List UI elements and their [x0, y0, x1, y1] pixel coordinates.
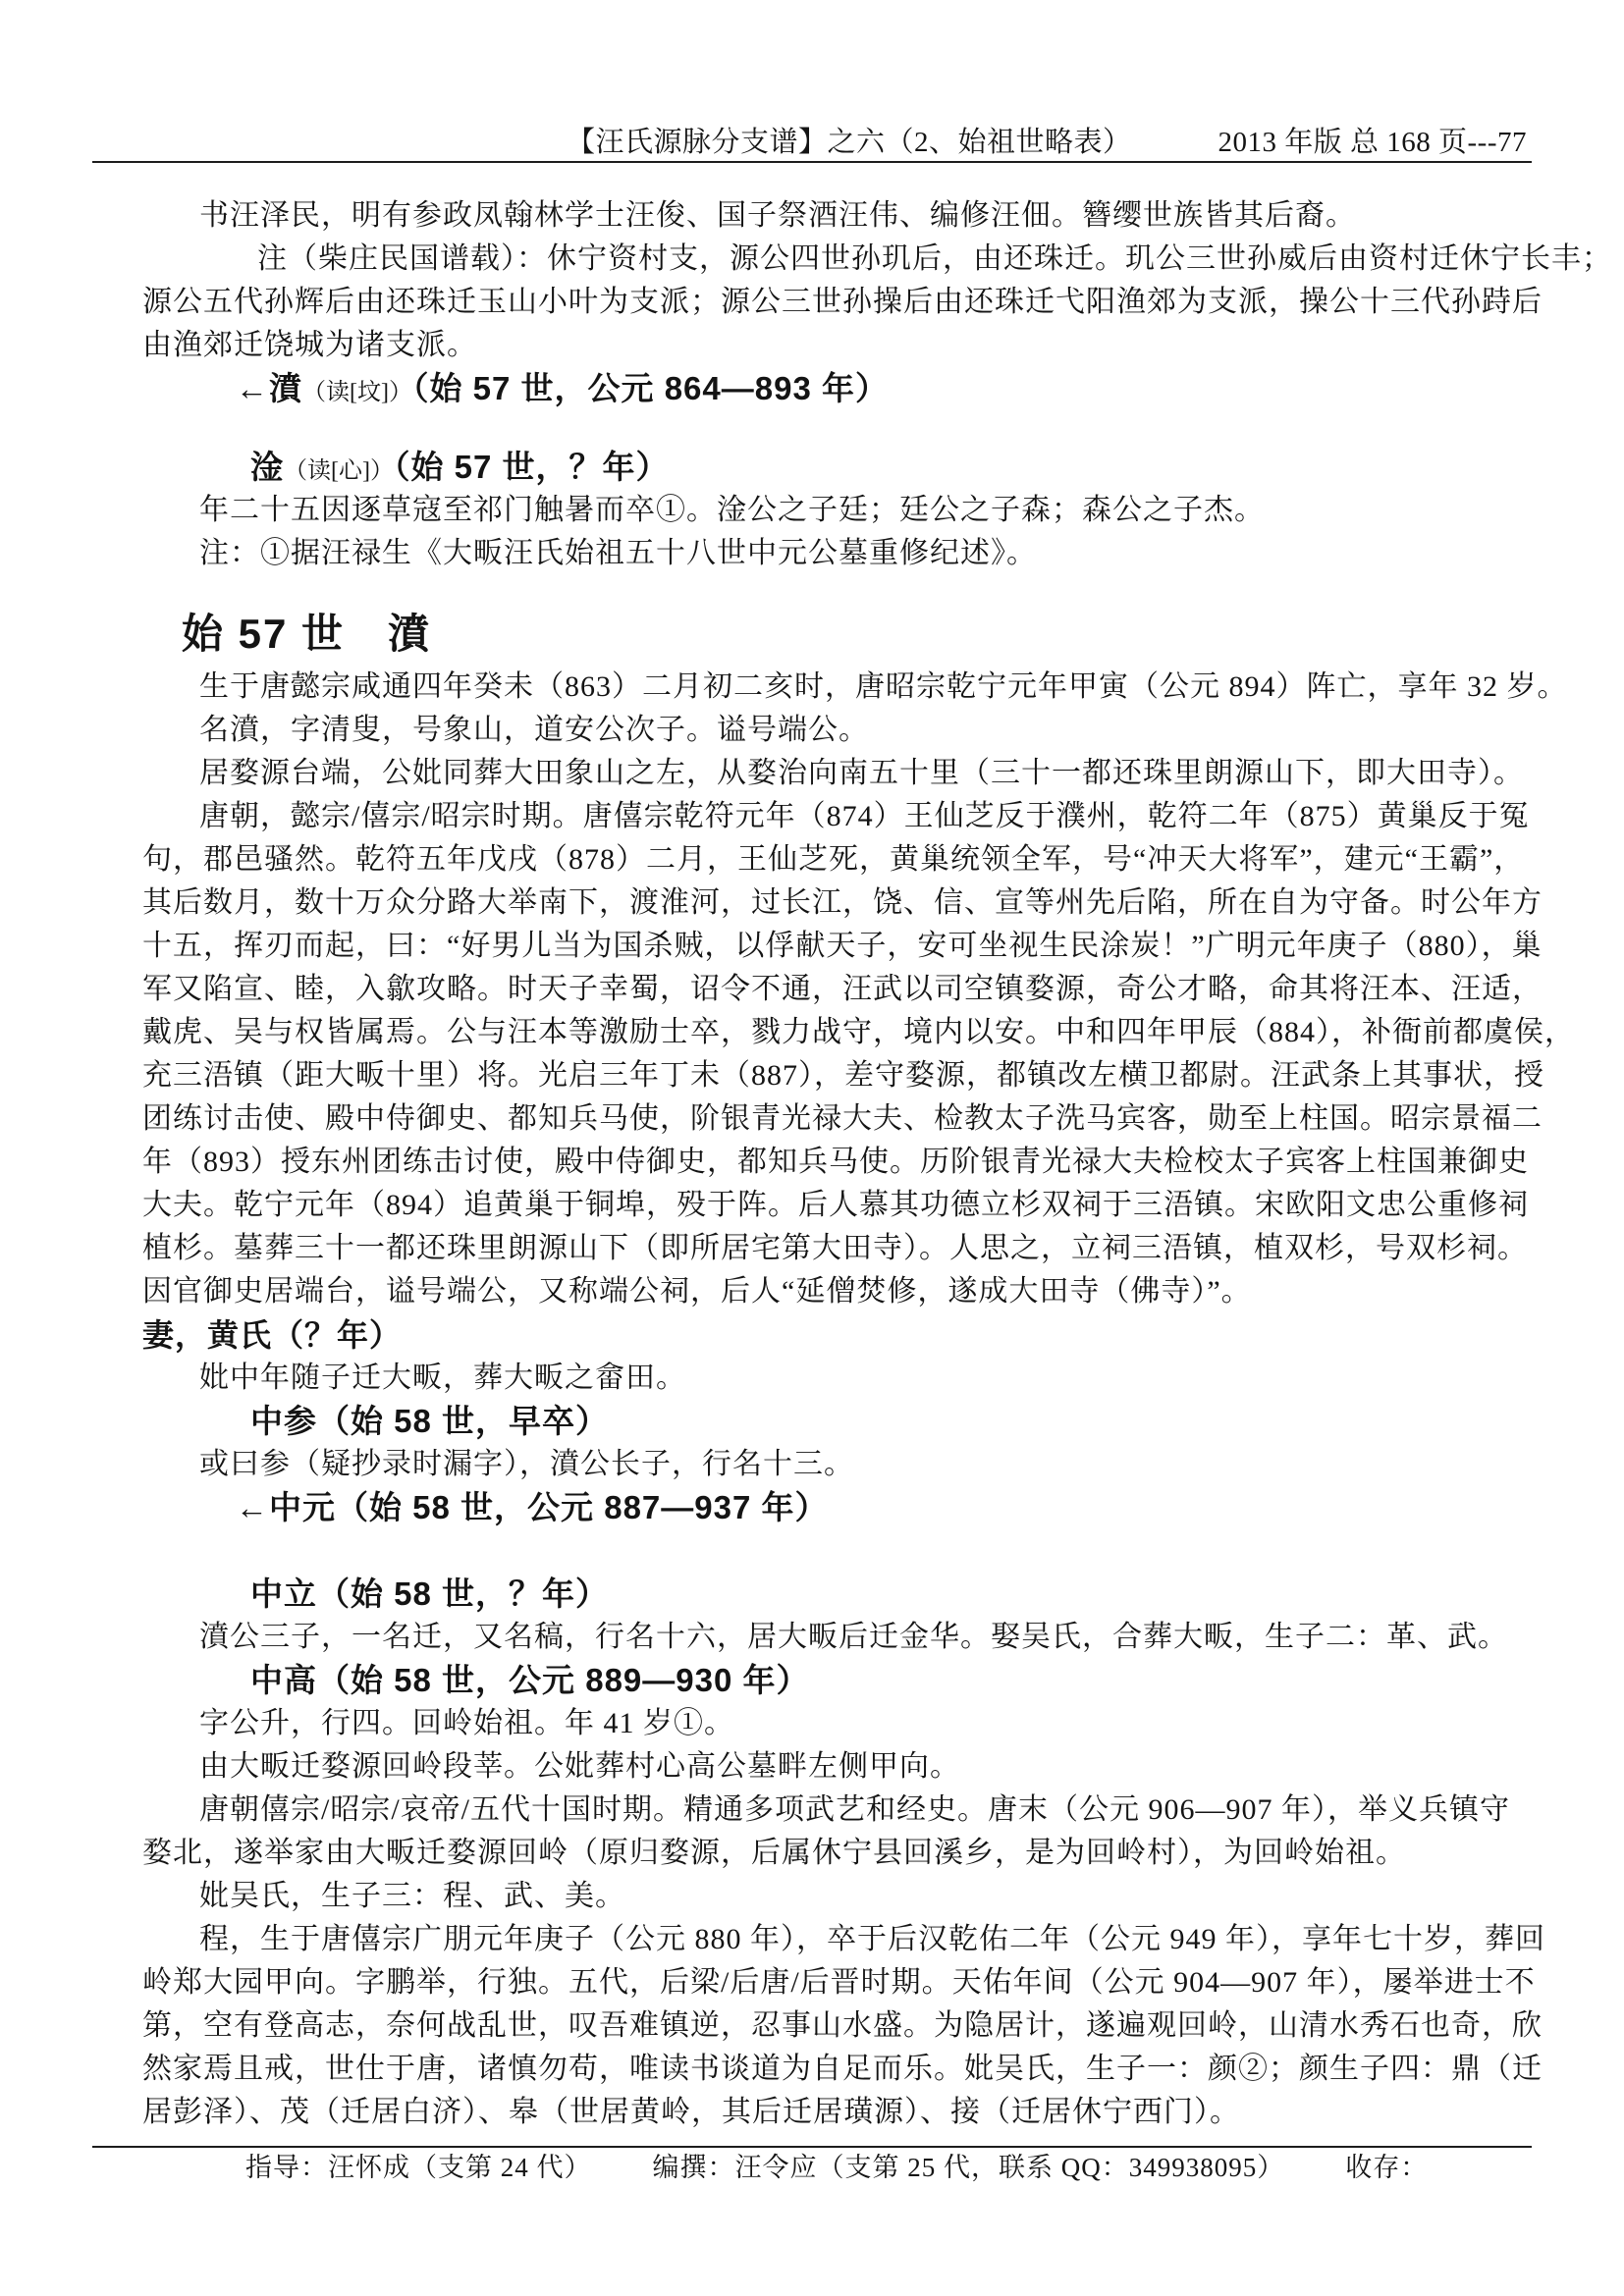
header-title: 【汪氏源脉分支谱】之六（2、始祖世略表）	[567, 127, 1132, 158]
text-line: 年二十五因逐草寇至祁门触暑而卒①。淦公之子廷；廷公之子森；森公之子杰。	[142, 489, 1624, 532]
text-line: 书汪泽民，明有参政凤翰林学士汪俊、国子祭酒汪伟、编修汪佃。簪缨世族皆其后裔。	[142, 194, 1624, 238]
document-page: 【汪氏源脉分支谱】之六（2、始祖世略表）2013 年版 总 168 页---77…	[0, 0, 1624, 2296]
entry-heading-gan: 淦（读[心]）（始 57 世，？年）	[142, 446, 1624, 489]
text-line: 居彭泽）、茂（迁居白济）、皋（世居黄岭，其后迁居璜源）、接（迁居休宁西门）。	[142, 2091, 1624, 2134]
text-line: 生于唐懿宗咸通四年癸未（863）二月初二亥时，唐昭宗乾宁元年甲寅（公元 894）…	[142, 666, 1624, 709]
text-line: 字公升，行四。回岭始祖。年 41 岁①。	[142, 1702, 1624, 1745]
entry-reading: （读[心]）	[284, 458, 394, 484]
footer-keeper: 收存：	[1345, 2153, 1428, 2182]
text-line: 年（893）授东州团练击讨使，殿中侍御史，都知兵马使。历阶银青光禄大夫检校太子宾…	[142, 1141, 1624, 1184]
text-line: 妣吴氏，生子三：程、武、美。	[142, 1875, 1624, 1918]
entry-reading: （读[坟]）	[302, 380, 412, 405]
text-line: 名濆，字清叟，号象山，道安公次子。谥号端公。	[142, 709, 1624, 752]
section-title-57: 始 57 世 濆	[182, 603, 1624, 666]
text-line: 濆公三子，一名迁，又名稿，行名十六，居大畈后迁金华。娶吴氏，合葬大畈，生子二：革…	[142, 1616, 1624, 1659]
text-line: 句，郡邑骚然。乾符五年戊戌（878）二月，王仙芝死，黄巢统领全军，号“冲天大将军…	[142, 838, 1624, 881]
entry-dates: （始 57 世，？年）	[394, 449, 670, 485]
entry-name: 淦	[250, 449, 284, 485]
header-divider	[92, 161, 1532, 163]
text-line: 因官御史居端台，谥号端公，又称端公祠，后人“延僧焚修，遂成大田寺（佛寺）”。	[142, 1270, 1624, 1313]
text-line: 军又陷宣、睦，入歙攻略。时天子幸蜀，诏令不通，汪武以司空镇婺源，奇公才略，命其将…	[142, 968, 1624, 1011]
text-line: 唐朝僖宗/昭宗/哀帝/五代十国时期。精通多项武艺和经史。唐末（公元 906—90…	[142, 1789, 1624, 1832]
text-line: 注：①据汪禄生《大畈汪氏始祖五十八世中元公墓重修纪述》。	[142, 532, 1624, 575]
text-line: 充三浯镇（距大畈十里）将。光启三年丁未（887），差守婺源，都镇改左横卫都尉。汪…	[142, 1054, 1624, 1097]
text-line: 婺北，遂举家由大畈迁婺源回岭（原归婺源，后属休宁县回溪乡，是为回岭村），为回岭始…	[142, 1832, 1624, 1875]
child-heading-zhonggao: 中高（始 58 世，公元 889—930 年）	[142, 1659, 1624, 1702]
child-heading-zhongyuan: ←中元（始 58 世，公元 887—937 年）	[142, 1486, 1624, 1529]
spacer	[142, 410, 1624, 446]
text-line: 源公五代孙辉后由还珠迁玉山小叶为支派；源公三世孙操后由还珠迁弋阳渔郊为支派，操公…	[142, 281, 1624, 324]
entry-name: ←濆	[236, 370, 302, 406]
spouse-heading: 妻，黄氏（？年）	[142, 1313, 1624, 1357]
text-line: 由大畈迁婺源回岭段莘。公妣葬村心高公墓畔左侧甲向。	[142, 1745, 1624, 1789]
text-line: 或曰参（疑抄录时漏字），濆公长子，行名十三。	[142, 1443, 1624, 1486]
footer-editor: 编撰：汪令应（支第 25 代，联系 QQ：349938095）	[653, 2153, 1285, 2182]
spacer	[142, 1529, 1624, 1573]
text-line: 由渔郊迁饶城为诸支派。	[142, 324, 1624, 367]
text-line: 第，空有登高志，奈何战乱世，叹吾难镇逆，忍事山水盛。为隐居计，遂遍观回岭，山清水…	[142, 2004, 1624, 2048]
text-line: 注（柴庄民国谱载）：休宁资村支，源公四世孙玑后，由还珠迁。玑公三世孙威后由资村迁…	[142, 238, 1624, 281]
text-line: 唐朝，懿宗/僖宗/昭宗时期。唐僖宗乾符元年（874）王仙芝反于濮州，乾符二年（8…	[142, 795, 1624, 838]
text-line: 然家焉且戒，世仕于唐，诸慎勿苟，唯读书谈道为自足而乐。妣吴氏，生子一：颜②；颜生…	[142, 2048, 1624, 2091]
page-footer: 指导：汪怀成（支第 24 代）编撰：汪令应（支第 25 代，联系 QQ：3499…	[245, 2148, 1624, 2187]
text-line: 戴虎、吴与权皆属焉。公与汪本等激励士卒，戮力战守，境内以安。中和四年甲辰（884…	[142, 1011, 1624, 1054]
text-line: 妣中年随子迁大畈，葬大畈之畲田。	[142, 1357, 1624, 1400]
text-line: 十五，挥刃而起，曰：“好男儿当为国杀贼，以俘献天子，安可坐视生民涂炭！”广明元年…	[142, 925, 1624, 968]
text-line: 团练讨击使、殿中侍御史、都知兵马使，阶银青光禄大夫、检教太子洗马宾客，勋至上柱国…	[142, 1097, 1624, 1141]
child-heading-zhongcan: 中参（始 58 世，早卒）	[142, 1400, 1624, 1443]
child-heading-zhongli: 中立（始 58 世，？年）	[142, 1573, 1624, 1616]
document-body: 书汪泽民，明有参政凤翰林学士汪俊、国子祭酒汪伟、编修汪佃。簪缨世族皆其后裔。 注…	[142, 194, 1624, 2134]
entry-heading-fen: ←濆（读[坟]）（始 57 世，公元 864—893 年）	[142, 367, 1624, 410]
footer-advisor: 指导：汪怀成（支第 24 代）	[245, 2153, 592, 2182]
text-line: 植杉。墓葬三十一都还珠里朗源山下（即所居宅第大田寺）。人思之，立祠三浯镇，植双杉…	[142, 1227, 1624, 1270]
header-edition-page-number: 2013 年版 总 168 页---77	[1218, 127, 1527, 158]
entry-dates: （始 57 世，公元 864—893 年）	[412, 370, 889, 406]
text-line: 其后数月，数十万众分路大举南下，渡淮河，过长江，饶、信、宣等州先后陷，所在自为守…	[142, 881, 1624, 925]
text-line: 居婺源台端，公妣同葬大田象山之左，从婺治向南五十里（三十一都还珠里朗源山下，即大…	[142, 752, 1624, 795]
text-line: 大夫。乾宁元年（894）追黄巢于铜埠，殁于阵。后人慕其功德立杉双祠于三浯镇。宋欧…	[142, 1184, 1624, 1227]
text-line: 岭郑大园甲向。字鹏举，行独。五代，后梁/后唐/后晋时期。天佑年间（公元 904—…	[142, 1961, 1624, 2004]
text-line: 程，生于唐僖宗广朋元年庚子（公元 880 年），卒于后汉乾佑二年（公元 949 …	[142, 1918, 1624, 1961]
page-header: 【汪氏源脉分支谱】之六（2、始祖世略表）2013 年版 总 168 页---77	[567, 124, 1624, 161]
